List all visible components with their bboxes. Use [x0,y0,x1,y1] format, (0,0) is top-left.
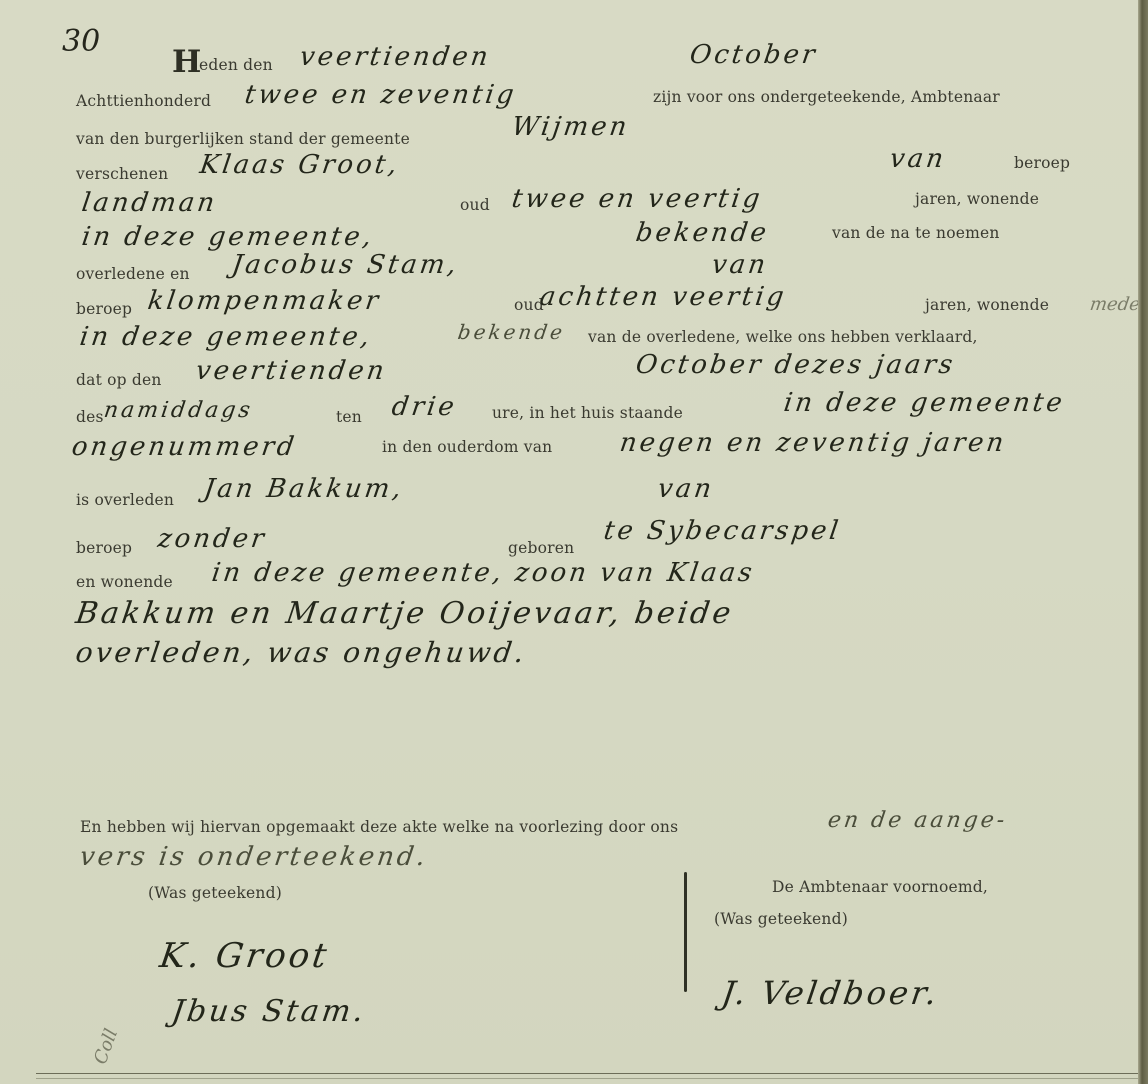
printed-jaren-wonende-1: jaren, wonende [915,190,1039,208]
printed-verklaard: van de overledene, welke ons hebben verk… [588,328,978,346]
hand-death-month-year: October dezes jaars [634,350,957,380]
hand-deceased-name: Jan Bakkum, [202,474,406,504]
hand-declarant2-occupation: klompenmaker [146,286,383,316]
hand-final-line: overleden, was ongehuwd. [74,636,529,669]
hand-death-day: veertienden [194,356,389,386]
signature-jbus-stam: Jbus Stam. [170,994,369,1029]
printed-is-overleden: is overleden [76,491,174,509]
hand-birthplace: te Sybecarspel [602,516,843,546]
hand-van-3: van [656,474,716,504]
printed-geboren: geboren [508,539,574,557]
printed-ouderdom: in den ouderdom van [382,438,552,456]
initial-letter: H [172,44,201,80]
hand-declarant1-name: Klaas Groot, [198,150,402,180]
printed-zijn-voor-ons: zijn voor ons ondergeteekende, Ambtenaar [653,88,1000,106]
printed-in-het-huis: ure, in het huis staande [492,404,683,422]
civil-record-page: 30 H eden den veertienden October Achtti… [0,0,1140,1084]
printed-verschenen: verschenen [76,165,168,183]
hand-house-number: ongenummerd [70,432,299,462]
printed-closing: En hebben wij hiervan opgemaakt deze akt… [80,818,678,836]
signature-j-veldboer: J. Veldboer. [719,974,941,1012]
hand-house-location: in deze gemeente [782,388,1067,418]
bottom-rule-2 [36,1078,1140,1079]
printed-achttienhonderd: Achttienhonderd [76,92,211,110]
page-edge-shadow [1138,0,1148,1084]
printed-was-geteekend-left: (Was geteekend) [148,884,282,902]
printed-en-wonende: en wonende [76,573,173,591]
printed-ambtenaar-voornoemd: De Ambtenaar voornoemd, [772,878,988,896]
hand-day: veertienden [298,42,493,72]
margin-note: Coll [90,1026,122,1067]
printed-overledene-en: overledene en [76,265,190,283]
printed-beroep-1: beroep [1014,154,1070,172]
hand-declarant1-residence: in deze gemeente, [80,222,376,252]
hand-closing-cont-1: en de aange- [826,808,1009,833]
hand-van-1: van [888,144,948,174]
hand-declarant1-age: twee en veertig [510,184,765,214]
printed-heden-den: eden den [199,56,273,74]
hand-month: October [688,40,820,70]
signature-divider [684,872,687,992]
printed-burgerlijke-stand: van den burgerlijken stand der gemeente [76,130,410,148]
hand-municipality: Wijmen [510,112,632,142]
hand-declarant2-name: Jacobus Stam, [230,250,461,280]
printed-dat-op-den: dat op den [76,371,162,389]
printed-jaren-wonende-2: jaren, wonende [925,296,1049,314]
hand-residence-parents: in deze gemeente, zoon van Klaas [210,558,757,588]
hand-van-2: van [710,250,770,280]
printed-na-te-noemen: van de na te noemen [832,224,1000,242]
signature-k-groot: K. Groot [157,936,332,976]
bottom-rule-1 [36,1073,1140,1074]
printed-des: des [76,408,104,426]
hand-time-of-day: namiddags [102,398,254,423]
hand-mede: mede [1089,294,1142,315]
hand-closing-cont-2: vers is onderteekend. [78,842,430,872]
hand-parents-line: Bakkum en Maartje Ooijevaar, beide [74,596,736,631]
printed-oud-1: oud [460,196,490,214]
hand-declarant2-residence: in deze gemeente, [78,322,374,352]
printed-beroep-2: beroep [76,300,132,318]
hand-year: twee en zeventig [243,80,519,110]
hand-bekende-2: bekende [456,320,566,344]
printed-beroep-3: beroep [76,539,132,557]
record-number: 30 [62,24,100,59]
hand-deceased-age: negen en zeventig jaren [618,428,1008,458]
hand-declarant1-occupation: landman [80,188,219,218]
hand-deceased-occupation: zonder [156,524,269,554]
printed-was-geteekend-right: (Was geteekend) [714,910,848,928]
hand-bekende-1: bekende [634,218,771,248]
hand-hour: drie [390,392,459,422]
hand-declarant2-age: achtten veertig [538,282,789,312]
printed-ten: ten [336,408,362,426]
